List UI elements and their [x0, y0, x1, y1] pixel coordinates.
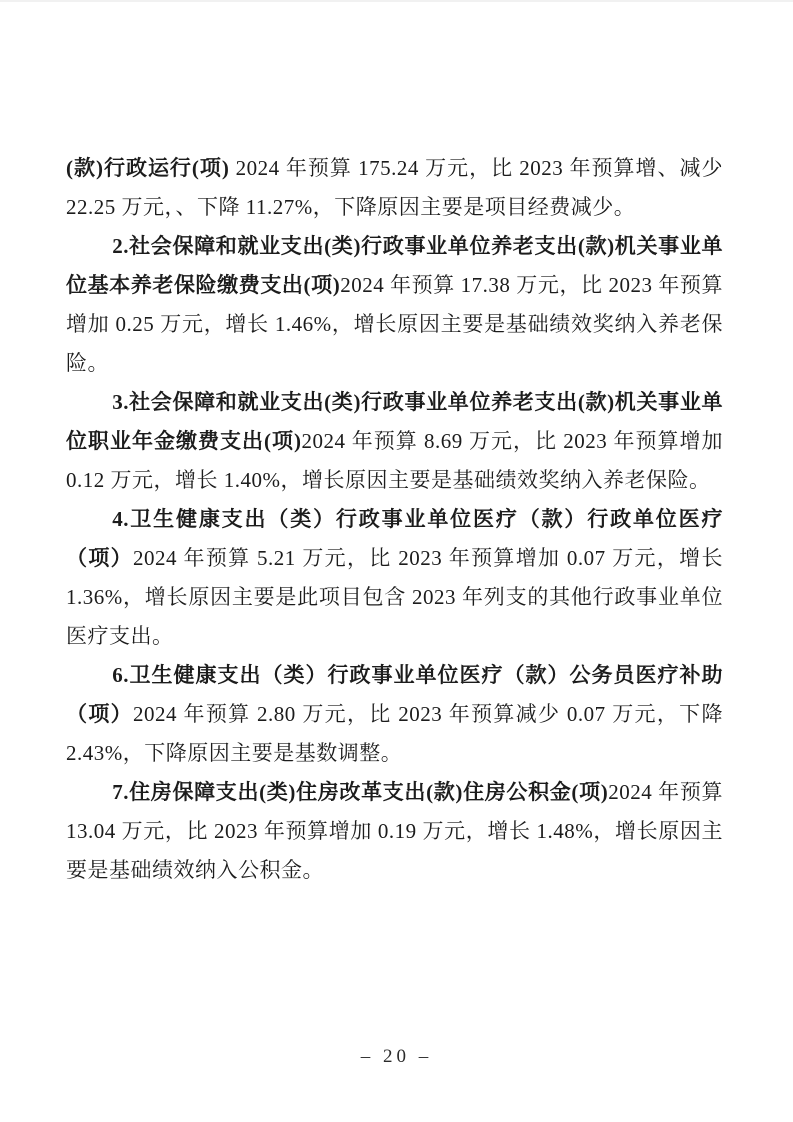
paragraph-item-6: 6.卫生健康支出（类）行政事业单位医疗（款）公务员医疗补助（项）2024 年预算…	[66, 656, 723, 773]
page-footer: – 20 –	[0, 1046, 793, 1068]
page-body: (款)行政运行(项) 2024 年预算 175.24 万元，比 2023 年预算…	[66, 149, 723, 890]
paragraph-continuation: (款)行政运行(项) 2024 年预算 175.24 万元，比 2023 年预算…	[66, 149, 723, 227]
page-number: – 20 –	[361, 1046, 433, 1067]
clause-heading: (款)行政运行(项)	[66, 156, 229, 180]
clause-body: 2024 年预算 2.80 万元，比 2023 年预算减少 0.07 万元，下降…	[66, 702, 723, 765]
clause-body: 2024 年预算 5.21 万元，比 2023 年预算增加 0.07 万元，增长…	[66, 546, 723, 648]
clause-heading: 7.住房保障支出(类)住房改革支出(款)住房公积金(项)	[112, 780, 608, 804]
paragraph-item-2: 2.社会保障和就业支出(类)行政事业单位养老支出(款)机关事业单位基本养老保险缴…	[66, 227, 723, 383]
paragraph-item-4: 4.卫生健康支出（类）行政事业单位医疗（款）行政单位医疗（项）2024 年预算 …	[66, 500, 723, 656]
document-page: (款)行政运行(项) 2024 年预算 175.24 万元，比 2023 年预算…	[0, 0, 793, 1122]
paragraph-item-3: 3.社会保障和就业支出(类)行政事业单位养老支出(款)机关事业单位职业年金缴费支…	[66, 383, 723, 500]
paragraph-item-7: 7.住房保障支出(类)住房改革支出(款)住房公积金(项)2024 年预算 13.…	[66, 773, 723, 890]
